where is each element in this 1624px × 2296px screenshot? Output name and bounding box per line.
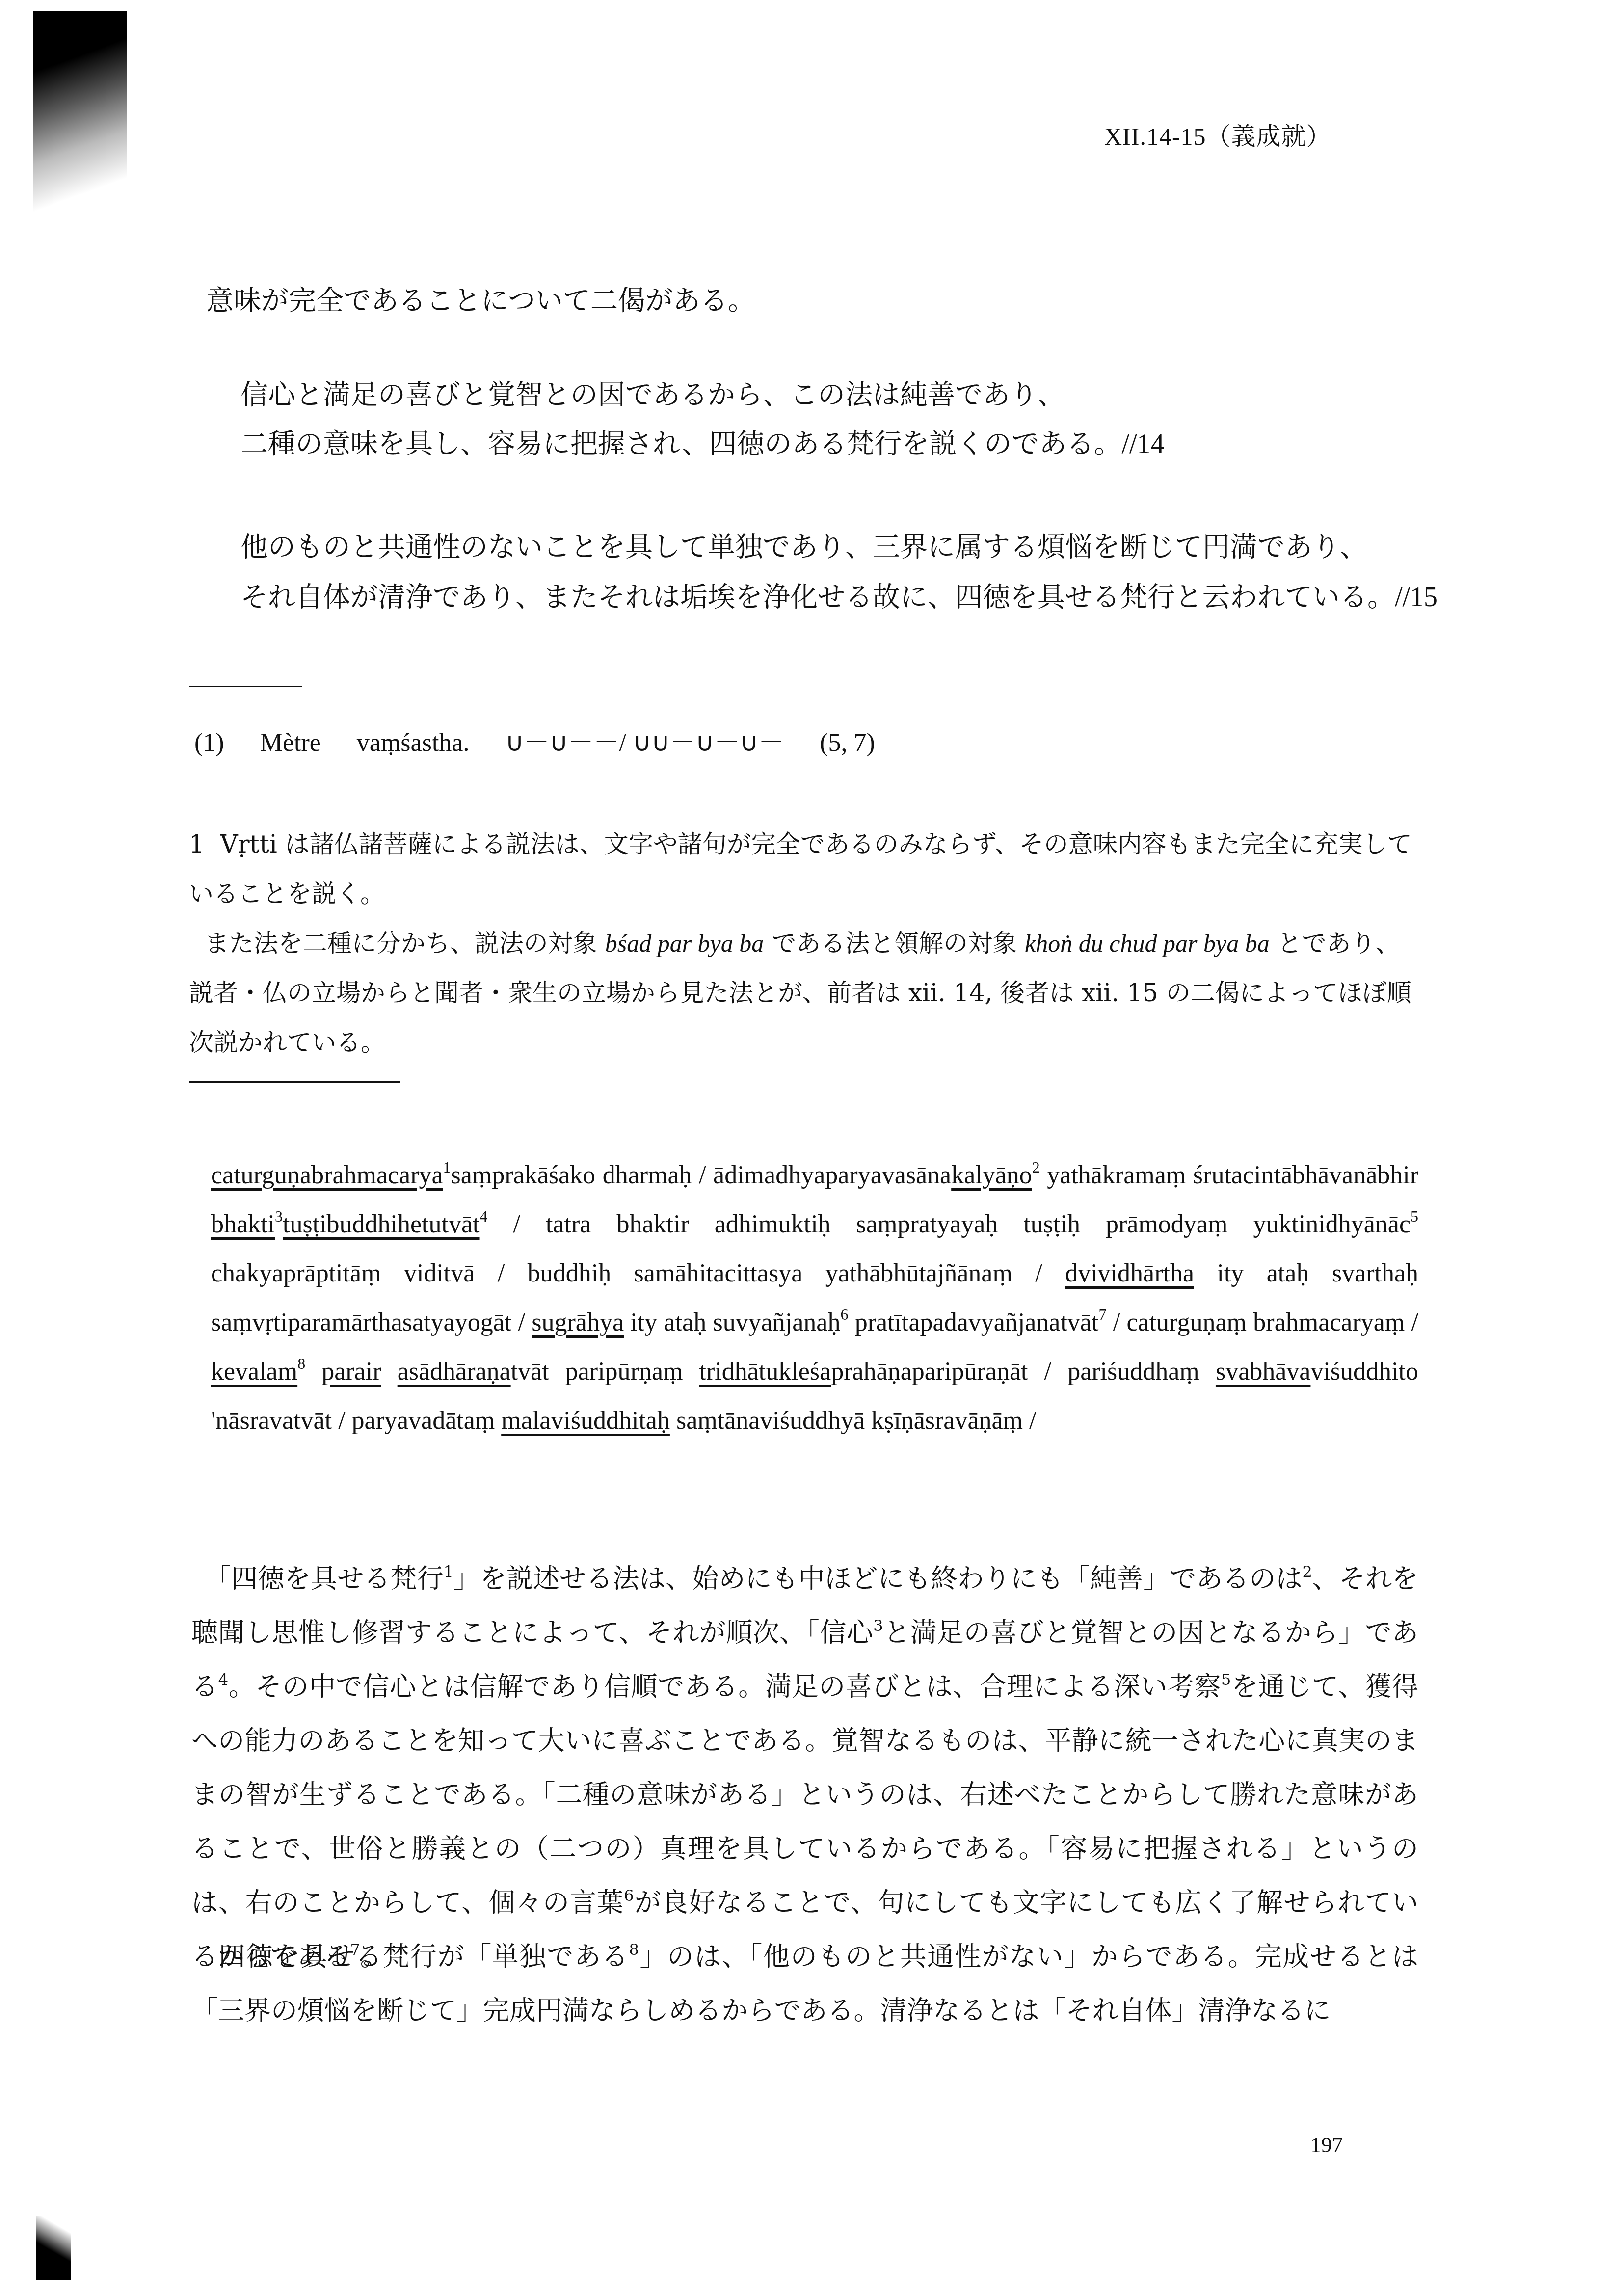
sanskrit-commentary: caturguṇabrahmacarya1saṃprakāśako dharma… [211,1151,1418,1445]
metre-pattern: ∪－∪－－/ ∪∪－∪－∪－ [505,729,784,757]
verse-14-line-1: 信心と満足の喜びと覚智との因であるから、この法は純善であり、 [240,373,1065,412]
footnote-ref: 4 [218,1670,228,1689]
glossed-term: malaviśuddhitaḥ [501,1407,670,1435]
footnote-ref: 8 [629,1940,639,1959]
footnote-1-para-2: また法を二種に分かち、説法の対象 bśad par bya ba である法と領解… [189,919,1421,1068]
text-run: 」を説述せる法は、始めにも中ほどにも終わりにも「純善」であるのは [453,1563,1303,1594]
footnote-ref: 3 [275,1207,283,1225]
running-head: XII.14-15（義成就） [1104,117,1331,152]
page-number: 197 [1310,2133,1343,2158]
verse-15-line-1: 他のものと共通性のないことを具して単独であり、三界に属する煩悩を断じて円満であり… [240,525,1367,564]
scan-shadow-bottom [36,2216,71,2280]
footnote-end-divider [189,1081,400,1083]
glossed-term: parair [321,1358,381,1386]
text-run: saṃtānaviśuddhyā kṣīṇāsravāṇāṃ / [670,1407,1037,1435]
footnote-1-para-1: 1 Vṛtti は諸仏諸菩薩による説法は、文字や諸句が完全であるのみならず、その… [189,820,1421,919]
glossed-term: sugrāhya [532,1308,624,1336]
metre-count: (5, 7) [820,729,875,757]
metre-note: (1) Mètre vaṃśastha. ∪－∪－－/ ∪∪－∪－∪－ (5, … [194,721,905,758]
footnote-ref: 1 [443,1158,451,1176]
text-run: / caturguṇaṃ brahmacaryaṃ / [1106,1308,1418,1336]
text-run: tvāt paripūrṇaṃ [511,1358,699,1386]
tibetan-term: bśad par bya ba [605,930,764,957]
glossed-term: bhakti [211,1210,275,1238]
footnote-ref: 7 [1098,1306,1106,1323]
footnote-ref: 1 [443,1562,453,1581]
text-run: saṃprakāśako dharmaḥ / ādimadhyaparyavas… [451,1161,952,1189]
verse-number: //15 [1395,582,1438,613]
text-run: ity ataḥ suvyañjanaḥ [624,1308,840,1336]
footnote-ref: 2 [1302,1562,1312,1581]
metre-name: vaṃśastha. [357,729,470,757]
text-run: prahāṇaparipūraṇāt / pariśuddhaṃ [831,1358,1216,1386]
footnote-ref: 4 [480,1207,488,1225]
tibetan-term: khoṅ du chud par bya ba [1025,930,1270,957]
glossed-term: svabhāva [1216,1358,1310,1386]
text-run: / tatra bhaktir adhimuktiḥ saṃpratyayaḥ … [488,1210,1411,1238]
footnote-1: 1 Vṛtti は諸仏諸菩薩による説法は、文字や諸句が完全であるのみならず、その… [189,820,1421,1068]
footnote-ref: 5 [1411,1207,1418,1225]
scan-shadow-top [33,11,127,256]
glossed-term: kevalam [211,1358,297,1386]
text-run [381,1358,398,1386]
text-run: chakyaprāptitāṃ viditvā / buddhiḥ samāhi… [211,1259,1065,1287]
glossed-term: kalyāṇo [951,1161,1032,1189]
footnote-ref: 5 [1221,1670,1231,1689]
metre-label: Mètre [260,729,321,757]
verse-number: //14 [1121,429,1164,459]
text-run: 「四徳を具せる梵行 [191,1563,443,1594]
footnote-ref: 6 [840,1306,848,1323]
glossed-term: asādhāraṇa [398,1358,511,1386]
glossed-term: tridhātukleśa [699,1358,831,1386]
section-intro: 意味が完全であることについて二偈がある。 [206,279,755,318]
translation-paragraph-2: 四徳を具せる梵行が「単独である8」のは、「他のものと共通性がない」からである。完… [191,1930,1418,2038]
translation-paragraph-1: 「四徳を具せる梵行1」を説述せる法は、始めにも中ほどにも終わりにも「純善」である… [191,1552,1418,1984]
metre-marker: (1) [194,729,224,757]
glossed-term: tuṣṭibuddhihetutvāt [283,1210,480,1238]
text-run: を通じて、獲得への能力のあることを知って大いに喜ぶことである。覚智なるものは、平… [191,1671,1418,1918]
text-run: 。その中で信心とは信解であり信順である。満足の喜びとは、合理による深い考察 [228,1671,1221,1702]
verse-14-line-2: 二種の意味を具し、容易に把握され、四徳のある梵行を説くのである。//14 [240,422,1165,461]
glossed-term: dvividhārtha [1065,1259,1194,1287]
verse-15-line-2: それ自体が清浄であり、またそれは垢埃を浄化せる故に、四徳を具せる梵行と云われてい… [240,575,1438,614]
text-run: yathākramaṃ śrutacintābhāvanābhir [1040,1161,1418,1189]
footnote-ref: 3 [873,1616,883,1635]
text-run: pratītapadavyañjanatvāt [848,1308,1098,1336]
footnote-ref: 2 [1032,1158,1040,1176]
footnote-ref: 6 [624,1886,634,1905]
footnote-ref: 8 [297,1355,305,1372]
text-run: 四徳を具せる梵行が「単独である [191,1941,629,1972]
text-run [305,1358,321,1386]
footnote-divider [189,686,302,687]
glossed-term: caturguṇabrahmacarya [211,1161,443,1189]
